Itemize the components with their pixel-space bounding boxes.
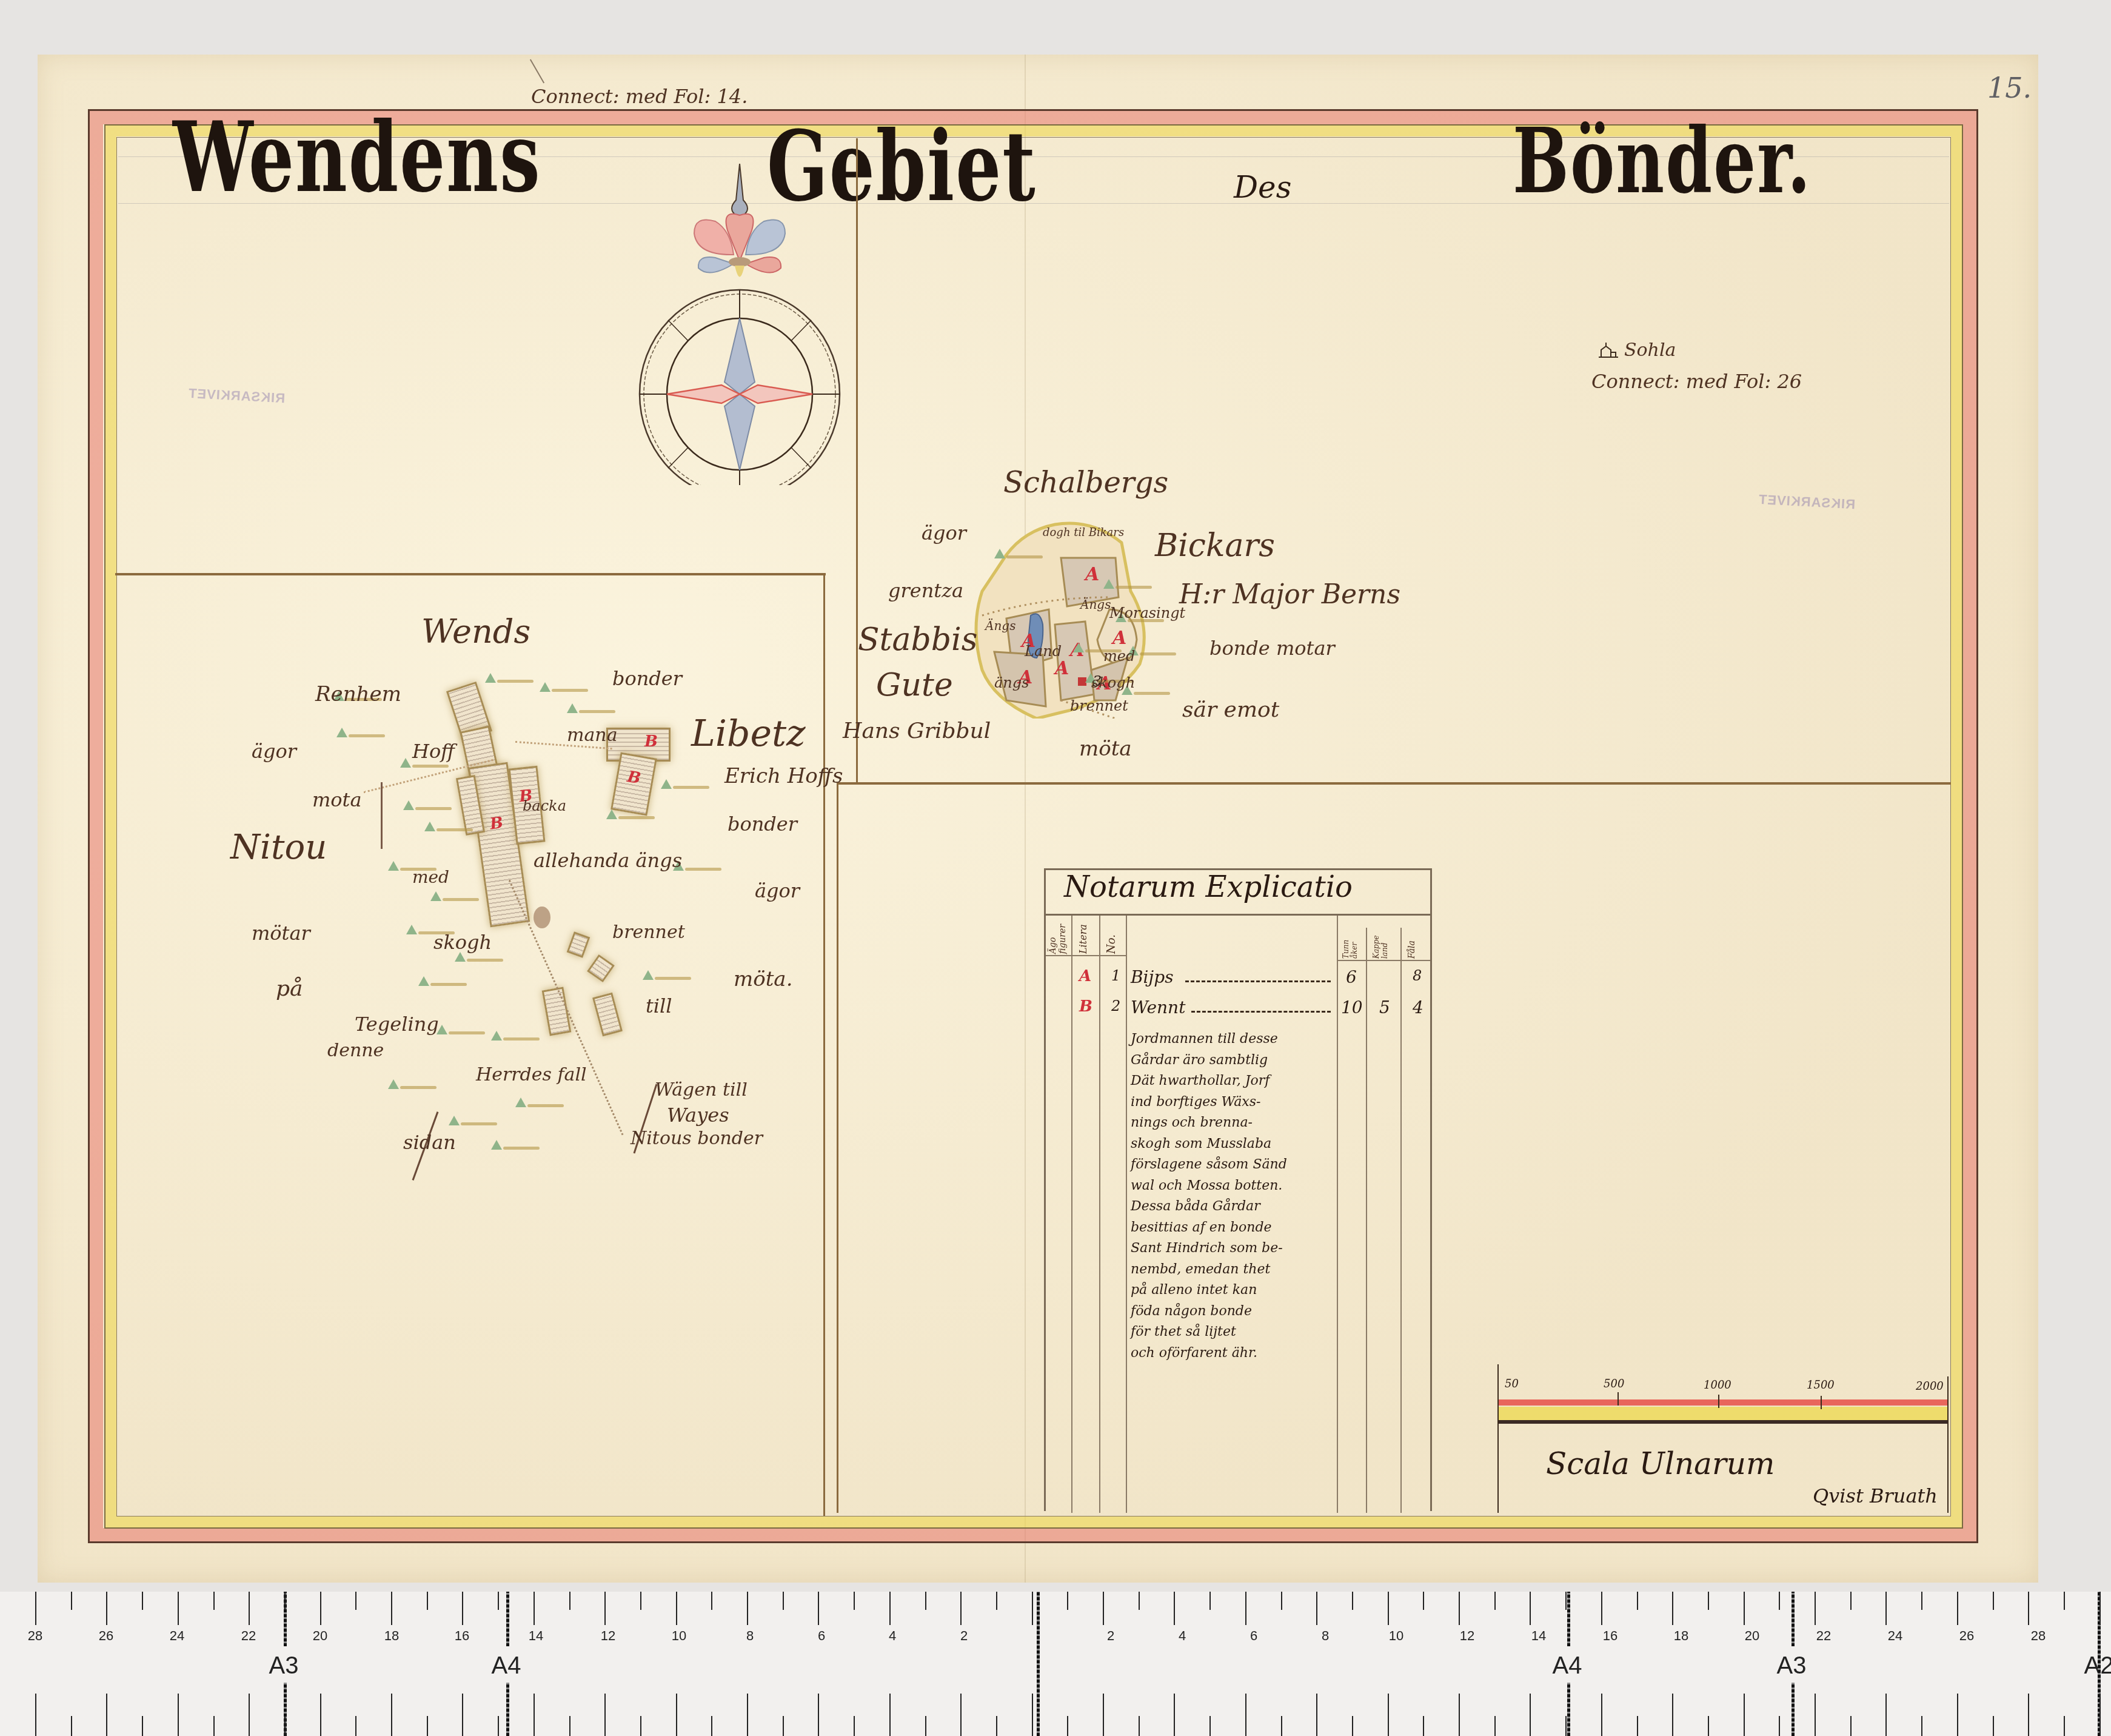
table-row: A 1 Bijps 6 8	[1046, 967, 1430, 991]
ruler-tick	[284, 1592, 286, 1610]
ruler-tick	[676, 1592, 677, 1625]
col-header: Tunn åker	[1342, 931, 1359, 959]
ruler-tick	[71, 1592, 72, 1610]
ruler-tick	[783, 1716, 784, 1736]
row-value-1: 6	[1346, 967, 1357, 987]
ruler-tick	[676, 1694, 677, 1736]
map-label: mota	[312, 788, 362, 811]
ruler-tick	[925, 1716, 926, 1736]
map-label: sär emot	[1182, 697, 1279, 722]
scale-yellow-band	[1499, 1407, 1947, 1420]
remark-line: Dät hwarthollar, Jorf	[1131, 1071, 1337, 1092]
row-value-2: 5	[1379, 997, 1390, 1017]
leader-dashes	[1191, 1011, 1331, 1013]
ruler-tick	[1494, 1716, 1496, 1736]
ruler-tick	[106, 1592, 107, 1625]
tree-marker	[1103, 579, 1152, 589]
ruler-tick	[1565, 1716, 1567, 1736]
map-label: sidan	[403, 1131, 456, 1154]
ruler-tick	[818, 1592, 819, 1625]
ruler-tick	[320, 1694, 321, 1736]
ruler-tick	[925, 1592, 926, 1610]
ruler-tick	[1459, 1592, 1460, 1625]
map-label: Renhem	[315, 682, 401, 706]
ruler-tick	[1174, 1592, 1175, 1625]
ruler-tick	[2099, 1592, 2101, 1625]
ruler-tick	[106, 1694, 107, 1736]
row-name: Bijps	[1131, 967, 1174, 987]
map-label: grentza	[888, 579, 963, 602]
ruler-ticks	[0, 1592, 2111, 1736]
map-label: mana	[567, 725, 618, 746]
ruler-tick	[71, 1716, 72, 1736]
tree-marker	[515, 1098, 564, 1107]
ruler-tick	[747, 1592, 748, 1625]
panel-divider-vertical	[856, 138, 858, 784]
tree-marker	[491, 1140, 540, 1150]
remark-line: besittias af en bonde	[1131, 1218, 1337, 1239]
tree-marker	[437, 1025, 485, 1034]
ruler-tick	[35, 1592, 36, 1625]
ruler-tick	[1885, 1694, 1887, 1736]
ruler-tick	[498, 1592, 499, 1610]
col-header: No.	[1105, 925, 1118, 954]
table-rule	[1046, 955, 1127, 956]
tree-marker	[661, 779, 709, 789]
scale-tick	[1821, 1396, 1822, 1409]
map-label: Morasingt	[1109, 605, 1185, 622]
ruler-tick	[1708, 1716, 1709, 1736]
ruler-tick	[1352, 1716, 1353, 1736]
label-schalbergs: Schalbergs	[1003, 466, 1168, 500]
map-label: Ängs	[985, 618, 1015, 633]
ruler-tick	[1067, 1716, 1068, 1736]
connect-note-right: Sohla	[1597, 340, 1676, 361]
tree-marker	[485, 673, 534, 683]
ruler-tick	[534, 1592, 535, 1625]
row-value-3: 8	[1413, 967, 1422, 984]
ruler-tick	[1281, 1592, 1282, 1610]
ruler-tick	[1672, 1694, 1673, 1736]
row-value-3: 4	[1413, 997, 1424, 1017]
ruler-tick	[178, 1592, 179, 1625]
remark-line: skogh som Musslaba	[1131, 1134, 1337, 1155]
remark-line: wal och Mossa botten.	[1131, 1176, 1337, 1197]
map-label: allehanda ängs	[534, 849, 682, 872]
map-label: Ängs	[1080, 597, 1111, 612]
map-label: brennet	[1070, 697, 1128, 714]
label-libetz: Libetz	[691, 712, 806, 755]
ruler-tick	[2028, 1592, 2029, 1625]
ruler-tick	[1352, 1592, 1353, 1610]
table-row: B 2 Wennt 10 5 4	[1046, 997, 1430, 1022]
ruler-tick	[1209, 1592, 1211, 1610]
ruler-tick	[1245, 1694, 1246, 1736]
ruler-tick	[498, 1716, 499, 1736]
ruler-tick	[1885, 1592, 1887, 1625]
mound	[534, 907, 550, 928]
remark-line: för thet så lijtet	[1131, 1322, 1337, 1343]
ruler-tick	[1601, 1694, 1602, 1736]
col-header: Ägo figurer	[1048, 919, 1068, 954]
ruler-tick	[320, 1592, 321, 1625]
map-label: bonde motar	[1209, 637, 1335, 660]
scale-black-band	[1499, 1420, 1947, 1424]
ruler-tick	[1921, 1716, 1922, 1736]
map-label: Herrdes fall	[476, 1064, 587, 1085]
ruler-tick	[1423, 1592, 1424, 1610]
ruler-tick	[1779, 1716, 1780, 1736]
ruler-tick	[462, 1694, 463, 1736]
ruler-tick	[711, 1716, 712, 1736]
ruler-tick	[1316, 1592, 1317, 1625]
map-label: med	[1103, 648, 1135, 665]
scale-label: Scala Ulnarum	[1546, 1446, 1775, 1481]
scale-frame-left	[1497, 1364, 1499, 1513]
ruler-tick	[1245, 1592, 1246, 1625]
ruler-tick	[1530, 1592, 1531, 1625]
label-bickars: Bickars	[1155, 528, 1275, 564]
title-word-wendens: Wendens	[173, 100, 541, 214]
ruler-tick	[1601, 1592, 1602, 1625]
map-label: Nitous bonder	[631, 1128, 763, 1149]
ruler-tick	[1993, 1592, 1994, 1610]
ruler-tick	[1850, 1592, 1852, 1610]
ruler-tick	[2064, 1592, 2065, 1610]
map-label: mötar	[252, 922, 310, 945]
map-label: med	[412, 867, 449, 887]
label-major-berns: H:r Major Berns	[1179, 579, 1400, 610]
ruler-tick	[355, 1592, 356, 1610]
scale-frame-right	[1947, 1376, 1949, 1513]
notes-table: Notarum Explicatio Ägo figurer Litera No…	[1044, 868, 1432, 1511]
remark-line: ind borftiges Wäxs-	[1131, 1092, 1337, 1113]
ruler-tick	[427, 1592, 428, 1610]
label-gute: Gute	[876, 667, 953, 703]
tree-marker	[388, 1079, 437, 1089]
map-label: backa	[523, 797, 566, 814]
panel-divider-horizontal	[837, 782, 1951, 785]
map-label: på	[276, 976, 303, 1001]
map-label: bonder	[612, 667, 682, 690]
remark-line: nings och brenna-	[1131, 1113, 1337, 1134]
place-sohla: Sohla	[1624, 340, 1676, 361]
ruler-tick	[1139, 1592, 1140, 1610]
ruler-tick	[1779, 1592, 1780, 1610]
ruler-tick	[1494, 1592, 1496, 1610]
ruler-tick	[1103, 1694, 1104, 1736]
ruler-tick	[1708, 1592, 1709, 1610]
remark-line: och oförfarent ähr.	[1131, 1343, 1337, 1364]
ruler-tick	[1921, 1592, 1922, 1610]
col-header: Fåla	[1407, 931, 1417, 959]
row-letter: A	[1079, 967, 1091, 985]
ruler-tick	[1388, 1592, 1389, 1625]
map-label: möta	[1079, 737, 1132, 761]
ruler-tick	[213, 1716, 215, 1736]
map-label: ängs	[994, 674, 1029, 691]
ruler-tick	[1957, 1694, 1958, 1736]
boundary-mark	[381, 782, 383, 849]
scale-tick-label: 2000	[1916, 1380, 1944, 1393]
ruler-tick	[534, 1694, 535, 1736]
scale-tick-label: 50	[1505, 1378, 1519, 1390]
map-label: brennet	[612, 922, 685, 943]
map-label: Erich Hoffs	[724, 764, 843, 788]
ruler-tick	[960, 1694, 962, 1736]
compass-icon	[631, 164, 849, 485]
ruler-tick	[142, 1716, 143, 1736]
ruler-tick	[960, 1592, 962, 1625]
tree-marker	[336, 728, 385, 737]
ruler-tick	[747, 1694, 748, 1736]
ruler-tick	[1637, 1716, 1638, 1736]
map-label: Hoff	[412, 740, 455, 763]
ruler-tick	[569, 1592, 570, 1610]
ruler-tick	[996, 1592, 997, 1610]
ruler-tick	[355, 1716, 356, 1736]
scale-tick-label: 1000	[1704, 1379, 1731, 1392]
remark-line: nembd, emedan thet	[1131, 1259, 1337, 1281]
ruler-tick	[1637, 1592, 1638, 1610]
ruler-tick	[249, 1592, 250, 1625]
ruler-tick	[1316, 1694, 1317, 1736]
map-label: Land	[1025, 643, 1062, 660]
map-label: Wägen till	[655, 1079, 748, 1101]
map-label: Wayes	[667, 1104, 729, 1127]
ruler-tick	[178, 1694, 179, 1736]
ruler-tick	[2028, 1694, 2029, 1736]
field-letter: A	[1055, 658, 1069, 679]
table-rule	[1046, 914, 1430, 916]
tree-marker	[994, 549, 1043, 558]
ruler-tick	[1530, 1694, 1531, 1736]
scale-bar: 50 500 1000 1500 2000 Scala Ulnarum Qvis…	[1497, 1364, 1949, 1513]
ruler-tick	[462, 1592, 463, 1625]
row-name: Wennt	[1131, 997, 1185, 1017]
map-label: möta.	[734, 967, 792, 991]
ruler-tick	[854, 1592, 855, 1610]
notes-table-title: Notarum Explicatio	[1064, 870, 1353, 904]
panel-divider-vertical-2	[837, 782, 838, 1513]
remark-line: Dessa båda Gårdar	[1131, 1196, 1337, 1218]
map-label: skogh	[1091, 674, 1135, 691]
ruler-tick	[1139, 1716, 1140, 1736]
ruler-tick	[854, 1716, 855, 1736]
ruler-tick	[1032, 1592, 1033, 1625]
ruler-tick	[2064, 1716, 2065, 1736]
ruler-tick	[1388, 1694, 1389, 1736]
ruler-tick	[249, 1694, 250, 1736]
ruler-tick	[889, 1694, 891, 1736]
ruler-tick	[1067, 1592, 1068, 1610]
connect-note-top: Connect: med Fol: 14.	[531, 85, 748, 108]
remarks-block: Jordmannen till desse Gårdar äro sambtli…	[1131, 1029, 1337, 1364]
ruler-tick	[1744, 1592, 1745, 1625]
ruler-tick	[1672, 1592, 1673, 1625]
row-number: 2	[1111, 997, 1120, 1014]
title-word-des: Des	[1234, 170, 1291, 205]
tree-marker	[606, 809, 655, 819]
connect-note-fol26: Connect: med Fol: 26	[1591, 370, 1802, 393]
ruler-tick	[1281, 1716, 1282, 1736]
ruler-tick	[711, 1592, 712, 1610]
map-label: Hans Gribbul	[843, 719, 991, 743]
remark-line: Gårdar äro sambtlig	[1131, 1050, 1337, 1071]
scale-red-band	[1499, 1399, 1947, 1406]
ruler-tick	[1103, 1592, 1104, 1625]
ruler-tick	[142, 1592, 143, 1610]
row-number: 1	[1111, 967, 1120, 984]
leader-dashes	[1185, 980, 1331, 982]
remark-line: på alleno intet kan	[1131, 1280, 1337, 1301]
ruler-tick	[1850, 1716, 1852, 1736]
label-nitou: Nitou	[230, 828, 327, 867]
tree-marker	[424, 822, 473, 831]
ruler-tick	[1174, 1694, 1175, 1736]
ruler-tick	[1459, 1694, 1460, 1736]
table-rule	[1337, 960, 1430, 961]
remark-line: Sant Hindrich som be-	[1131, 1238, 1337, 1259]
map-label: skogh	[433, 931, 492, 954]
row-value-1: 10	[1341, 997, 1363, 1017]
ruler-tick	[391, 1694, 392, 1736]
tree-marker	[540, 682, 588, 692]
map-label: denne	[327, 1040, 384, 1061]
map-label: ägor	[252, 740, 296, 763]
field-letter: A	[1085, 564, 1099, 585]
col-header: Litera	[1077, 919, 1089, 954]
field-letter: B	[626, 768, 642, 788]
ruler-tick	[783, 1592, 784, 1610]
church-icon	[1597, 343, 1619, 358]
surveyor-signature: Qvist Bruath	[1813, 1484, 1938, 1507]
remark-line: föda någon bonde	[1131, 1301, 1337, 1322]
ruler-tick	[213, 1592, 215, 1610]
ruler-tick	[35, 1694, 36, 1736]
ruler-tick	[1565, 1592, 1567, 1610]
scale-tick	[1618, 1392, 1619, 1406]
ruler-tick	[427, 1716, 428, 1736]
ruler-tick	[640, 1592, 641, 1610]
tree-marker	[643, 970, 691, 980]
ruler-tick	[1957, 1592, 1958, 1625]
tree-marker	[430, 891, 479, 901]
tree-marker	[418, 976, 467, 986]
ruler-tick	[1993, 1716, 1994, 1736]
ruler-tick	[996, 1716, 997, 1736]
ruler-tick	[1815, 1694, 1816, 1736]
map-label: dogh til Bikars	[1043, 526, 1124, 539]
tree-marker	[449, 1116, 497, 1125]
field-letter: B	[644, 732, 658, 751]
row-letter: B	[1079, 997, 1092, 1016]
scale-tick	[1718, 1395, 1719, 1408]
folio-number: 15.	[1987, 72, 2032, 104]
ruler-tick	[640, 1716, 641, 1736]
scale-tick-label: 1500	[1807, 1379, 1835, 1392]
scale-tick-label: 500	[1604, 1378, 1624, 1390]
title-word-bonder: Bönder.	[1513, 108, 1812, 213]
ruler-tick	[284, 1716, 286, 1736]
remark-line: Jordmannen till desse	[1131, 1029, 1337, 1050]
map-label: ägor	[755, 879, 800, 902]
ruler-tick	[1423, 1716, 1424, 1736]
map-label: Tegeling	[355, 1013, 439, 1036]
ruler-tick	[391, 1592, 392, 1625]
ruler-tick	[1744, 1694, 1745, 1736]
ruler-tick	[1209, 1716, 1211, 1736]
ruler-tick	[889, 1592, 891, 1625]
ruler-tick	[569, 1716, 570, 1736]
tree-marker	[491, 1031, 540, 1041]
tree-marker	[403, 800, 452, 810]
ruler-tick	[604, 1694, 606, 1736]
map-label: ägor	[922, 521, 966, 545]
ruler-tick	[818, 1694, 819, 1736]
field-letter: B	[489, 814, 504, 834]
label-stabbis: Stabbis	[858, 622, 977, 658]
map-label: bonder	[728, 813, 797, 836]
remark-line: förslagene såsom Sänd	[1131, 1155, 1337, 1176]
map-label: till	[646, 994, 672, 1017]
tree-marker	[567, 703, 615, 713]
ruler-tick	[1032, 1694, 1033, 1736]
ruler-tick	[1815, 1592, 1816, 1625]
compass-rose	[631, 164, 849, 485]
ruler-tick	[2099, 1694, 2101, 1736]
col-header: Kappe land	[1372, 931, 1389, 959]
ruler-tick	[604, 1592, 606, 1625]
label-wends: Wends	[421, 612, 530, 651]
